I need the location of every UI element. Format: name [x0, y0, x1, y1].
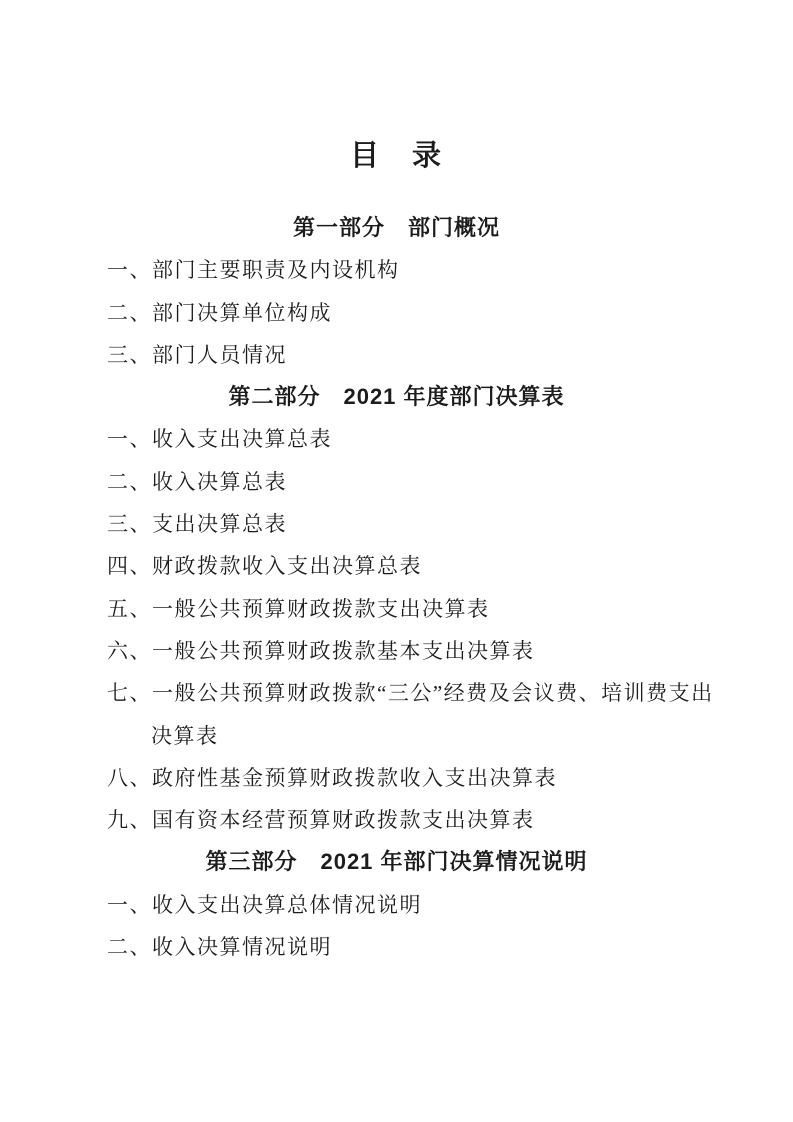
document-page: 目 录 第一部分 部门概况 一、部门主要职责及内设机构 二、部门决算单位构成 三… — [0, 0, 793, 1122]
toc-entry: 五、一般公共预算财政拨款支出决算表 — [0, 588, 793, 630]
table-of-contents: 第一部分 部门概况 一、部门主要职责及内设机构 二、部门决算单位构成 三、部门人… — [0, 207, 793, 968]
toc-entry: 六、一般公共预算财政拨款基本支出决算表 — [0, 630, 793, 672]
toc-entry: 一、收入支出决算总表 — [0, 418, 793, 460]
toc-entry: 三、支出决算总表 — [0, 503, 793, 545]
toc-section-heading: 第三部分 2021 年部门决算情况说明 — [0, 841, 793, 883]
toc-entry: 三、部门人员情况 — [0, 334, 793, 376]
toc-entry: 二、部门决算单位构成 — [0, 292, 793, 334]
toc-entry: 一、收入支出决算总体情况说明 — [0, 884, 793, 926]
toc-section-heading: 第一部分 部门概况 — [0, 207, 793, 249]
toc-entry: 七、一般公共预算财政拨款“三公”经费及会议费、培训费支出 — [0, 672, 793, 714]
toc-entry: 一、部门主要职责及内设机构 — [0, 249, 793, 291]
page-title: 目 录 — [0, 139, 793, 173]
toc-entry: 九、国有资本经营预算财政拨款支出决算表 — [0, 799, 793, 841]
toc-section-heading: 第二部分 2021 年度部门决算表 — [0, 376, 793, 418]
toc-entry: 二、收入决算情况说明 — [0, 926, 793, 968]
toc-entry: 八、政府性基金预算财政拨款收入支出决算表 — [0, 757, 793, 799]
toc-entry: 四、财政拨款收入支出决算总表 — [0, 545, 793, 587]
toc-entry-continuation: 决算表 — [0, 715, 793, 757]
toc-entry: 二、收入决算总表 — [0, 461, 793, 503]
